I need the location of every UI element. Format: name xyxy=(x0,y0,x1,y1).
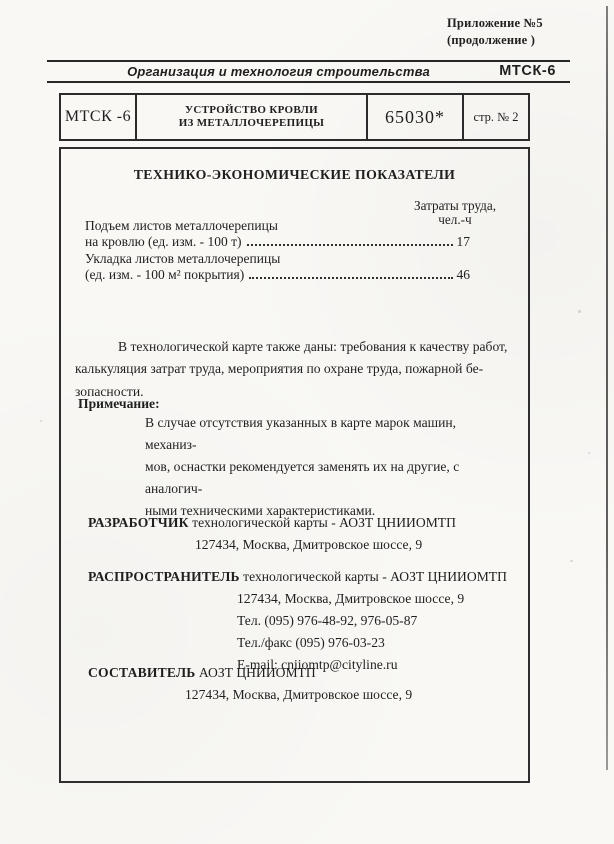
contact-role-rest: АОЗТ ЦНИИОМТП xyxy=(196,665,316,680)
doc-page-cell: стр. № 2 xyxy=(462,95,528,139)
doc-header-table: МТСК -6 УСТРОЙСТВО КРОВЛИ ИЗ МЕТАЛЛОЧЕРЕ… xyxy=(59,93,530,141)
scan-speck xyxy=(588,452,590,454)
dot-leader xyxy=(249,277,452,279)
doc-code: 65030* xyxy=(385,107,445,128)
doc-series: МТСК -6 xyxy=(65,108,131,126)
scan-edge-artifact xyxy=(606,6,608,770)
scan-speck xyxy=(578,310,581,313)
dot-leader xyxy=(247,244,453,246)
contact-role-rest: технологической карты - АОЗТ ЦНИИОМТП xyxy=(240,569,507,584)
contact-role-rest: технологической карты - АОЗТ ЦНИИОМТП xyxy=(189,515,456,530)
contact-compiler: СОСТАВИТЕЛЬ АОЗТ ЦНИИОМТП 127434, Москва… xyxy=(88,662,412,706)
indicator-value: 46 xyxy=(457,267,471,283)
doc-code-cell: 65030* xyxy=(366,95,462,139)
indicator-value: 17 xyxy=(457,234,471,250)
indicator-value-line: (ед. изм. - 100 м² покрытия) 46 xyxy=(85,267,470,283)
doc-title-line2: ИЗ МЕТАЛЛОЧЕРЕПИЦЫ xyxy=(179,117,325,130)
doc-title-cell: УСТРОЙСТВО КРОВЛИ ИЗ МЕТАЛЛОЧЕРЕПИЦЫ xyxy=(135,95,366,139)
doc-title-line1: УСТРОЙСТВО КРОВЛИ xyxy=(185,104,318,117)
contact-address: 127434, Москва, Дмитровское шоссе, 9 xyxy=(195,534,456,556)
indicator-name-continued: на кровлю (ед. изм. - 100 т) xyxy=(85,234,242,250)
contact-phone: Тел. (095) 976-48-92, 976-05-87 xyxy=(237,610,507,632)
indicator-list: Подъем листов металлочерепицы на кровлю … xyxy=(85,218,470,284)
note-text: В случае отсутствия указанных в карте ма… xyxy=(145,412,510,522)
paragraph-line: В технологической карте также даны: треб… xyxy=(118,336,517,358)
appendix-note: Приложение №5 (продолжение ) xyxy=(447,15,543,49)
note-line: мов, оснастки рекомендуется заменять их … xyxy=(145,456,510,500)
indicator-item: Подъем листов металлочерепицы на кровлю … xyxy=(85,218,470,251)
contact-distributor: РАСПРОСТРАНИТЕЛЬ технологической карты -… xyxy=(88,566,507,676)
contact-address: 127434, Москва, Дмитровское шоссе, 9 xyxy=(237,588,507,610)
contact-role-label: СОСТАВИТЕЛЬ xyxy=(88,665,196,680)
tech-card-paragraph: В технологической карте также даны: треб… xyxy=(75,336,517,403)
contact-heading: РАСПРОСТРАНИТЕЛЬ технологической карты -… xyxy=(88,566,507,588)
contact-role-label: РАСПРОСТРАНИТЕЛЬ xyxy=(88,569,240,584)
note-line: В случае отсутствия указанных в карте ма… xyxy=(145,412,510,456)
doc-page-number: стр. № 2 xyxy=(474,110,519,125)
contact-heading: РАЗРАБОТЧИК технологической карты - АОЗТ… xyxy=(88,512,456,534)
units-header-line1: Затраты труда, xyxy=(405,199,505,213)
journal-code: МТСК-6 xyxy=(499,63,556,79)
contact-address: 127434, Москва, Дмитровское шоссе, 9 xyxy=(185,684,412,706)
section-title: ТЕХНИКО-ЭКОНОМИЧЕСКИЕ ПОКАЗАТЕЛИ xyxy=(59,167,530,183)
contact-heading: СОСТАВИТЕЛЬ АОЗТ ЦНИИОМТП xyxy=(88,662,412,684)
scanned-document-page: Приложение №5 (продолжение ) Организация… xyxy=(0,0,614,844)
appendix-line2: (продолжение ) xyxy=(447,32,543,49)
indicator-name-line: Подъем листов металлочерепицы xyxy=(85,218,470,234)
journal-title: Организация и технология строительства xyxy=(47,64,510,79)
contact-phone-fax: Тел./факс (095) 976-03-23 xyxy=(237,632,507,654)
paragraph-line: калькуляция затрат труда, мероприятия по… xyxy=(75,358,517,380)
scan-speck xyxy=(40,420,42,422)
contact-role-label: РАЗРАБОТЧИК xyxy=(88,515,189,530)
appendix-line1: Приложение №5 xyxy=(447,15,543,32)
doc-series-cell: МТСК -6 xyxy=(61,95,135,139)
note-label: Примечание: xyxy=(78,396,160,412)
contact-developer: РАЗРАБОТЧИК технологической карты - АОЗТ… xyxy=(88,512,456,556)
indicator-value-line: на кровлю (ед. изм. - 100 т) 17 xyxy=(85,234,470,250)
indicator-name-continued: (ед. изм. - 100 м² покрытия) xyxy=(85,267,244,283)
indicator-name-line: Укладка листов металлочерепицы xyxy=(85,251,470,267)
indicator-item: Укладка листов металлочерепицы (ед. изм.… xyxy=(85,251,470,284)
scan-speck xyxy=(570,560,573,562)
journal-header-band: Организация и технология строительства М… xyxy=(47,60,570,83)
